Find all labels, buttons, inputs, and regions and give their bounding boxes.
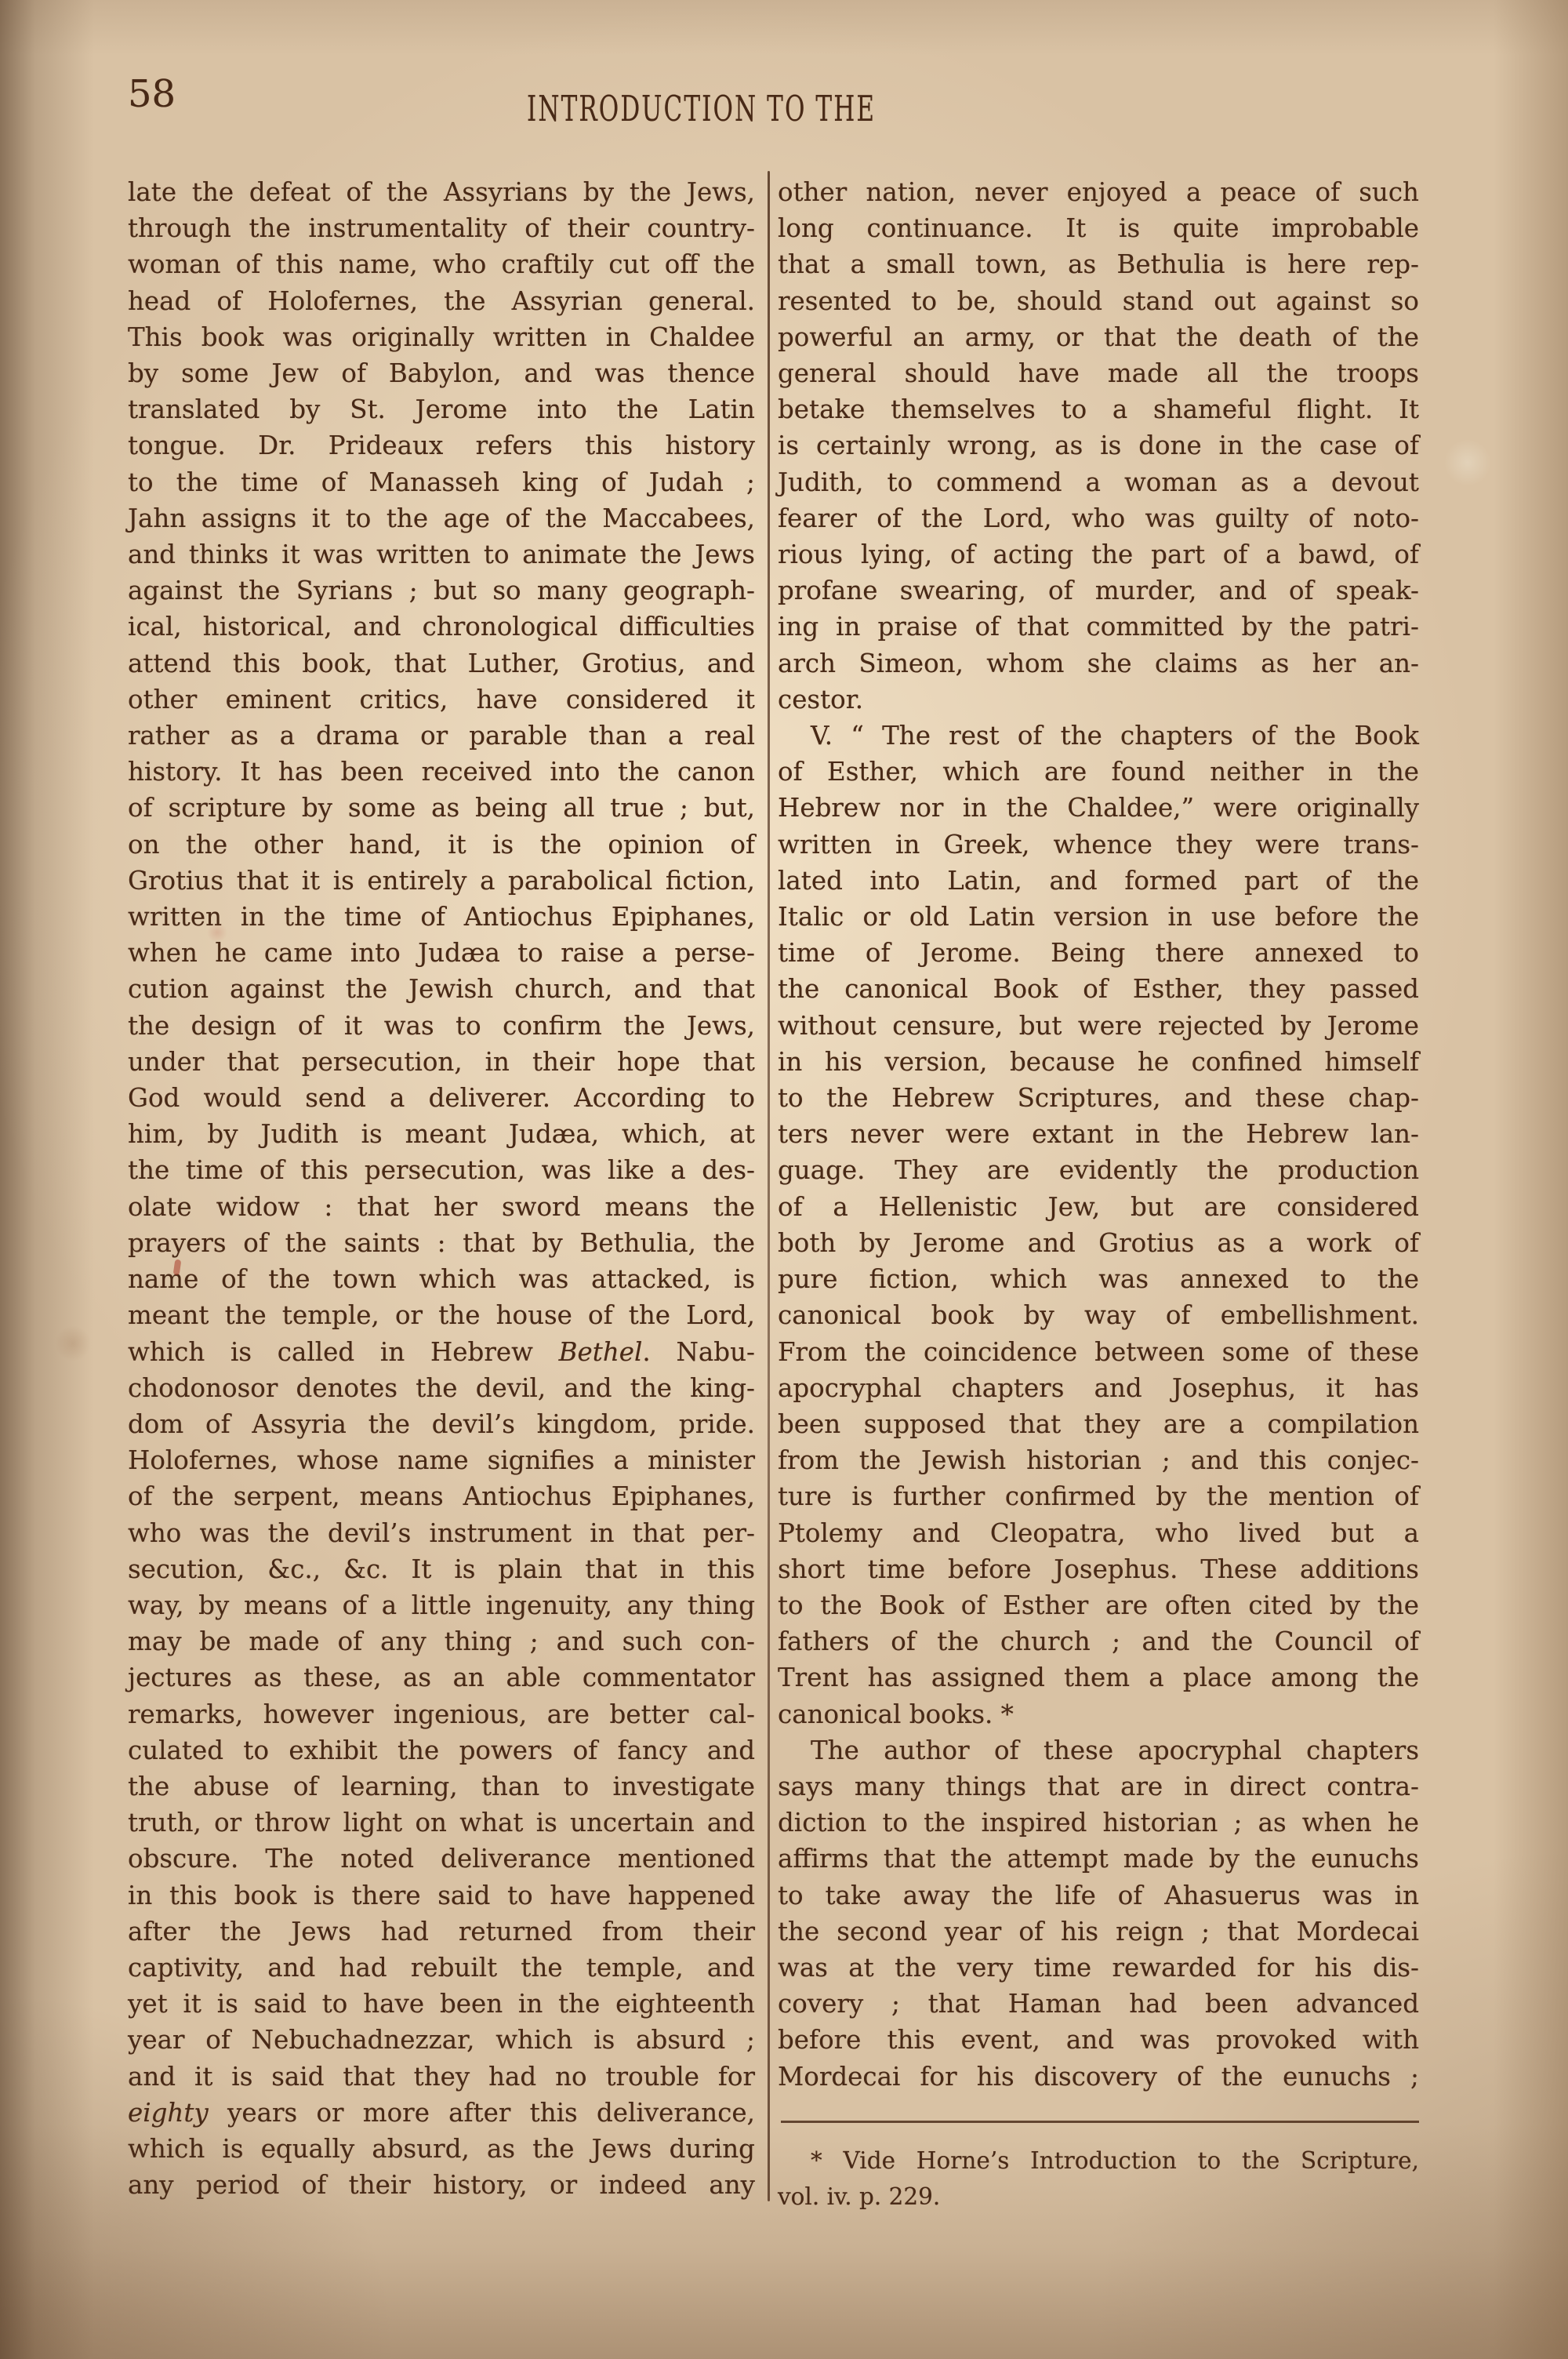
text-line: V. “ The rest of the chapters of the Boo…	[778, 718, 1419, 754]
text-line: olate widow : that her sword means the	[128, 1189, 755, 1225]
text-line: fearer of the Lord, who was guilty of no…	[778, 500, 1419, 536]
text-line: lated into Latin, and formed part of the	[778, 863, 1419, 899]
text-line: both by Jerome and Grotius as a work of	[778, 1225, 1419, 1261]
text-line: diction to the inspired historian ; as w…	[778, 1805, 1419, 1841]
text-line: and thinks it was written to animate the…	[128, 536, 755, 572]
footnote-separator-rule	[781, 2121, 1419, 2123]
text-line: of scripture by some as being all true ;…	[128, 790, 755, 826]
text-line: prayers of the saints : that by Bethulia…	[128, 1225, 755, 1261]
text-line: affirms that the attempt made by the eun…	[778, 1841, 1419, 1877]
text-line: may be made of any thing ; and such con-	[128, 1623, 755, 1659]
text-line: is certainly wrong, as is done in the ca…	[778, 427, 1419, 463]
text-line: general should have made all the troops	[778, 355, 1419, 391]
text-line: head of Holofernes, the Assyrian general…	[128, 283, 755, 319]
text-line: The author of these apocryphal chapters	[778, 1732, 1419, 1768]
text-line: ical, historical, and chronological diff…	[128, 609, 755, 645]
text-line: cution against the Jewish church, and th…	[128, 971, 755, 1007]
left-text-column: late the defeat of the Assyrians by the …	[128, 174, 755, 2203]
text-line: Hebrew nor in the Chaldee,” were origina…	[778, 790, 1419, 826]
text-line: powerful an army, or that the death of t…	[778, 319, 1419, 355]
text-line: history. It has been received into the c…	[128, 754, 755, 790]
text-line: short time before Josephus. These additi…	[778, 1551, 1419, 1587]
text-line: Trent has assigned them a place among th…	[778, 1659, 1419, 1696]
text-line: on the other hand, it is the opinion of	[128, 827, 755, 863]
text-line: covery ; that Haman had been advanced	[778, 1986, 1419, 2022]
text-line: rious lying, of acting the part of a baw…	[778, 536, 1419, 572]
text-line: the design of it was to confirm the Jews…	[128, 1008, 755, 1044]
text-line: been supposed that they are a compilatio…	[778, 1406, 1419, 1442]
text-line: Judith, to commend a woman as a devout	[778, 464, 1419, 500]
right-text-column: other nation, never enjoyed a peace of s…	[778, 174, 1419, 2095]
text-line: remarks, however ingenious, are better c…	[128, 1696, 755, 1732]
text-line: resented to be, should stand out against…	[778, 283, 1419, 319]
foxing-spot	[55, 1325, 91, 1361]
text-line: written in Greek, whence they were trans…	[778, 827, 1419, 863]
text-line: which is equally absurd, as the Jews dur…	[128, 2131, 755, 2167]
text-line: chodonosor denotes the devil, and the ki…	[128, 1370, 755, 1406]
text-line: when he came into Judæa to raise a perse…	[128, 935, 755, 971]
text-line: Ptolemy and Cleopatra, who lived but a	[778, 1515, 1419, 1551]
text-line: attend this book, that Luther, Grotius, …	[128, 645, 755, 682]
text-line: Jahn assigns it to the age of the Maccab…	[128, 500, 755, 536]
text-line: and it is said that they had no trouble …	[128, 2059, 755, 2095]
text-line: other eminent critics, have considered i…	[128, 682, 755, 718]
text-line: guage. They are evidently the production	[778, 1152, 1419, 1188]
text-line: canonical book by way of embellishment.	[778, 1297, 1419, 1333]
text-line: against the Syrians ; but so many geogra…	[128, 572, 755, 609]
column-divider-rule	[768, 171, 770, 2201]
book-page-scan: 58 INTRODUCTION TO THE late the defeat o…	[0, 0, 1568, 2359]
text-line: obscure. The noted deliverance mentioned	[128, 1841, 755, 1877]
text-line: fathers of the church ; and the Council …	[778, 1623, 1419, 1659]
running-head-text: INTRODUCTION TO THE	[527, 91, 876, 126]
text-line: other nation, never enjoyed a peace of s…	[778, 174, 1419, 210]
text-line: profane swearing, of murder, and of spea…	[778, 572, 1419, 609]
text-line: to take away the life of Ahasuerus was i…	[778, 1877, 1419, 1914]
text-line: to the time of Manasseh king of Judah ;	[128, 464, 755, 500]
text-line: under that persecution, in their hope th…	[128, 1044, 755, 1080]
text-line: that a small town, as Bethulia is here r…	[778, 246, 1419, 282]
text-line: Grotius that it is entirely a parabolica…	[128, 863, 755, 899]
text-line: eighty years or more after this delivera…	[128, 2095, 755, 2131]
text-line: after the Jews had returned from their	[128, 1914, 755, 1950]
text-line: apocryphal chapters and Josephus, it has	[778, 1370, 1419, 1406]
text-line: ters never were extant in the Hebrew lan…	[778, 1116, 1419, 1152]
text-line: from the Jewish historian ; and this con…	[778, 1442, 1419, 1478]
text-line: long continuance. It is quite improbable	[778, 210, 1419, 246]
text-line: secution, &c., &c. It is plain that in t…	[128, 1551, 755, 1587]
text-line: name of the town which was attacked, is	[128, 1261, 755, 1297]
text-line: year of Nebuchadnezzar, which is absurd …	[128, 2022, 755, 2058]
text-line: the time of this persecution, was like a…	[128, 1152, 755, 1188]
text-line: dom of Assyria the devil’s kingdom, prid…	[128, 1406, 755, 1442]
text-line: vol. iv. p. 229.	[778, 2179, 1419, 2215]
text-line: late the defeat of the Assyrians by the …	[128, 174, 755, 210]
text-line: which is called in Hebrew Bethel. Nabu-	[128, 1334, 755, 1370]
text-line: by some Jew of Babylon, and was thence	[128, 355, 755, 391]
text-line: to the Hebrew Scriptures, and these chap…	[778, 1080, 1419, 1116]
text-line: the second year of his reign ; that Mord…	[778, 1914, 1419, 1950]
text-line: cestor.	[778, 682, 1419, 718]
text-line: who was the devil’s instrument in that p…	[128, 1515, 755, 1551]
text-line: to the Book of Esther are often cited by…	[778, 1587, 1419, 1623]
text-line: canonical books. *	[778, 1696, 1419, 1732]
text-line: before this event, and was provoked with	[778, 2022, 1419, 2058]
text-line: of Esther, which are found neither in th…	[778, 754, 1419, 790]
text-line: of the serpent, means Antiochus Epiphane…	[128, 1478, 755, 1514]
paper-highlight	[1444, 439, 1491, 486]
text-line: through the instrumentality of their cou…	[128, 210, 755, 246]
text-line: the abuse of learning, than to investiga…	[128, 1768, 755, 1805]
text-line: without censure, but were rejected by Je…	[778, 1008, 1419, 1044]
text-line: God would send a deliverer. According to	[128, 1080, 755, 1116]
text-line: jectures as these, as an able commentato…	[128, 1659, 755, 1696]
text-line: * Vide Horne’s Introduction to the Scrip…	[778, 2143, 1419, 2179]
text-line: in this book is there said to have happe…	[128, 1877, 755, 1914]
text-line: pure fiction, which was annexed to the	[778, 1261, 1419, 1297]
text-line: translated by St. Jerome into the Latin	[128, 391, 755, 427]
text-line: betake themselves to a shameful flight. …	[778, 391, 1419, 427]
running-head: INTRODUCTION TO THE	[527, 91, 1033, 126]
text-line: This book was originally written in Chal…	[128, 319, 755, 355]
text-line: From the coincidence between some of the…	[778, 1334, 1419, 1370]
text-line: ture is further confirmed by the mention…	[778, 1478, 1419, 1514]
text-line: him, by Judith is meant Judæa, which, at	[128, 1116, 755, 1152]
text-line: written in the time of Antiochus Epiphan…	[128, 899, 755, 935]
text-line: of a Hellenistic Jew, but are considered	[778, 1189, 1419, 1225]
footnote: * Vide Horne’s Introduction to the Scrip…	[778, 2143, 1419, 2215]
text-line: meant the temple, or the house of the Lo…	[128, 1297, 755, 1333]
text-line: culated to exhibit the powers of fancy a…	[128, 1732, 755, 1768]
text-line: rather as a drama or parable than a real	[128, 718, 755, 754]
text-line: tongue. Dr. Prideaux refers this history	[128, 427, 755, 463]
text-line: Holofernes, whose name signifies a minis…	[128, 1442, 755, 1478]
text-line: time of Jerome. Being there annexed to	[778, 935, 1419, 971]
text-line: any period of their history, or indeed a…	[128, 2167, 755, 2203]
text-line: says many things that are in direct cont…	[778, 1768, 1419, 1805]
text-line: was at the very time rewarded for his di…	[778, 1950, 1419, 1986]
text-line: captivity, and had rebuilt the temple, a…	[128, 1950, 755, 1986]
text-line: the canonical Book of Esther, they passe…	[778, 971, 1419, 1007]
text-line: woman of this name, who craftily cut off…	[128, 246, 755, 282]
text-line: in his version, because he confined hims…	[778, 1044, 1419, 1080]
text-line: ing in praise of that committed by the p…	[778, 609, 1419, 645]
text-line: Italic or old Latin version in use befor…	[778, 899, 1419, 935]
text-line: Mordecai for his discovery of the eunuch…	[778, 2059, 1419, 2095]
text-line: arch Simeon, whom she claims as her an-	[778, 645, 1419, 682]
text-line: truth, or throw light on what is uncerta…	[128, 1805, 755, 1841]
page-number: 58	[128, 75, 176, 113]
text-line: way, by means of a little ingenuity, any…	[128, 1587, 755, 1623]
text-line: yet it is said to have been in the eight…	[128, 1986, 755, 2022]
